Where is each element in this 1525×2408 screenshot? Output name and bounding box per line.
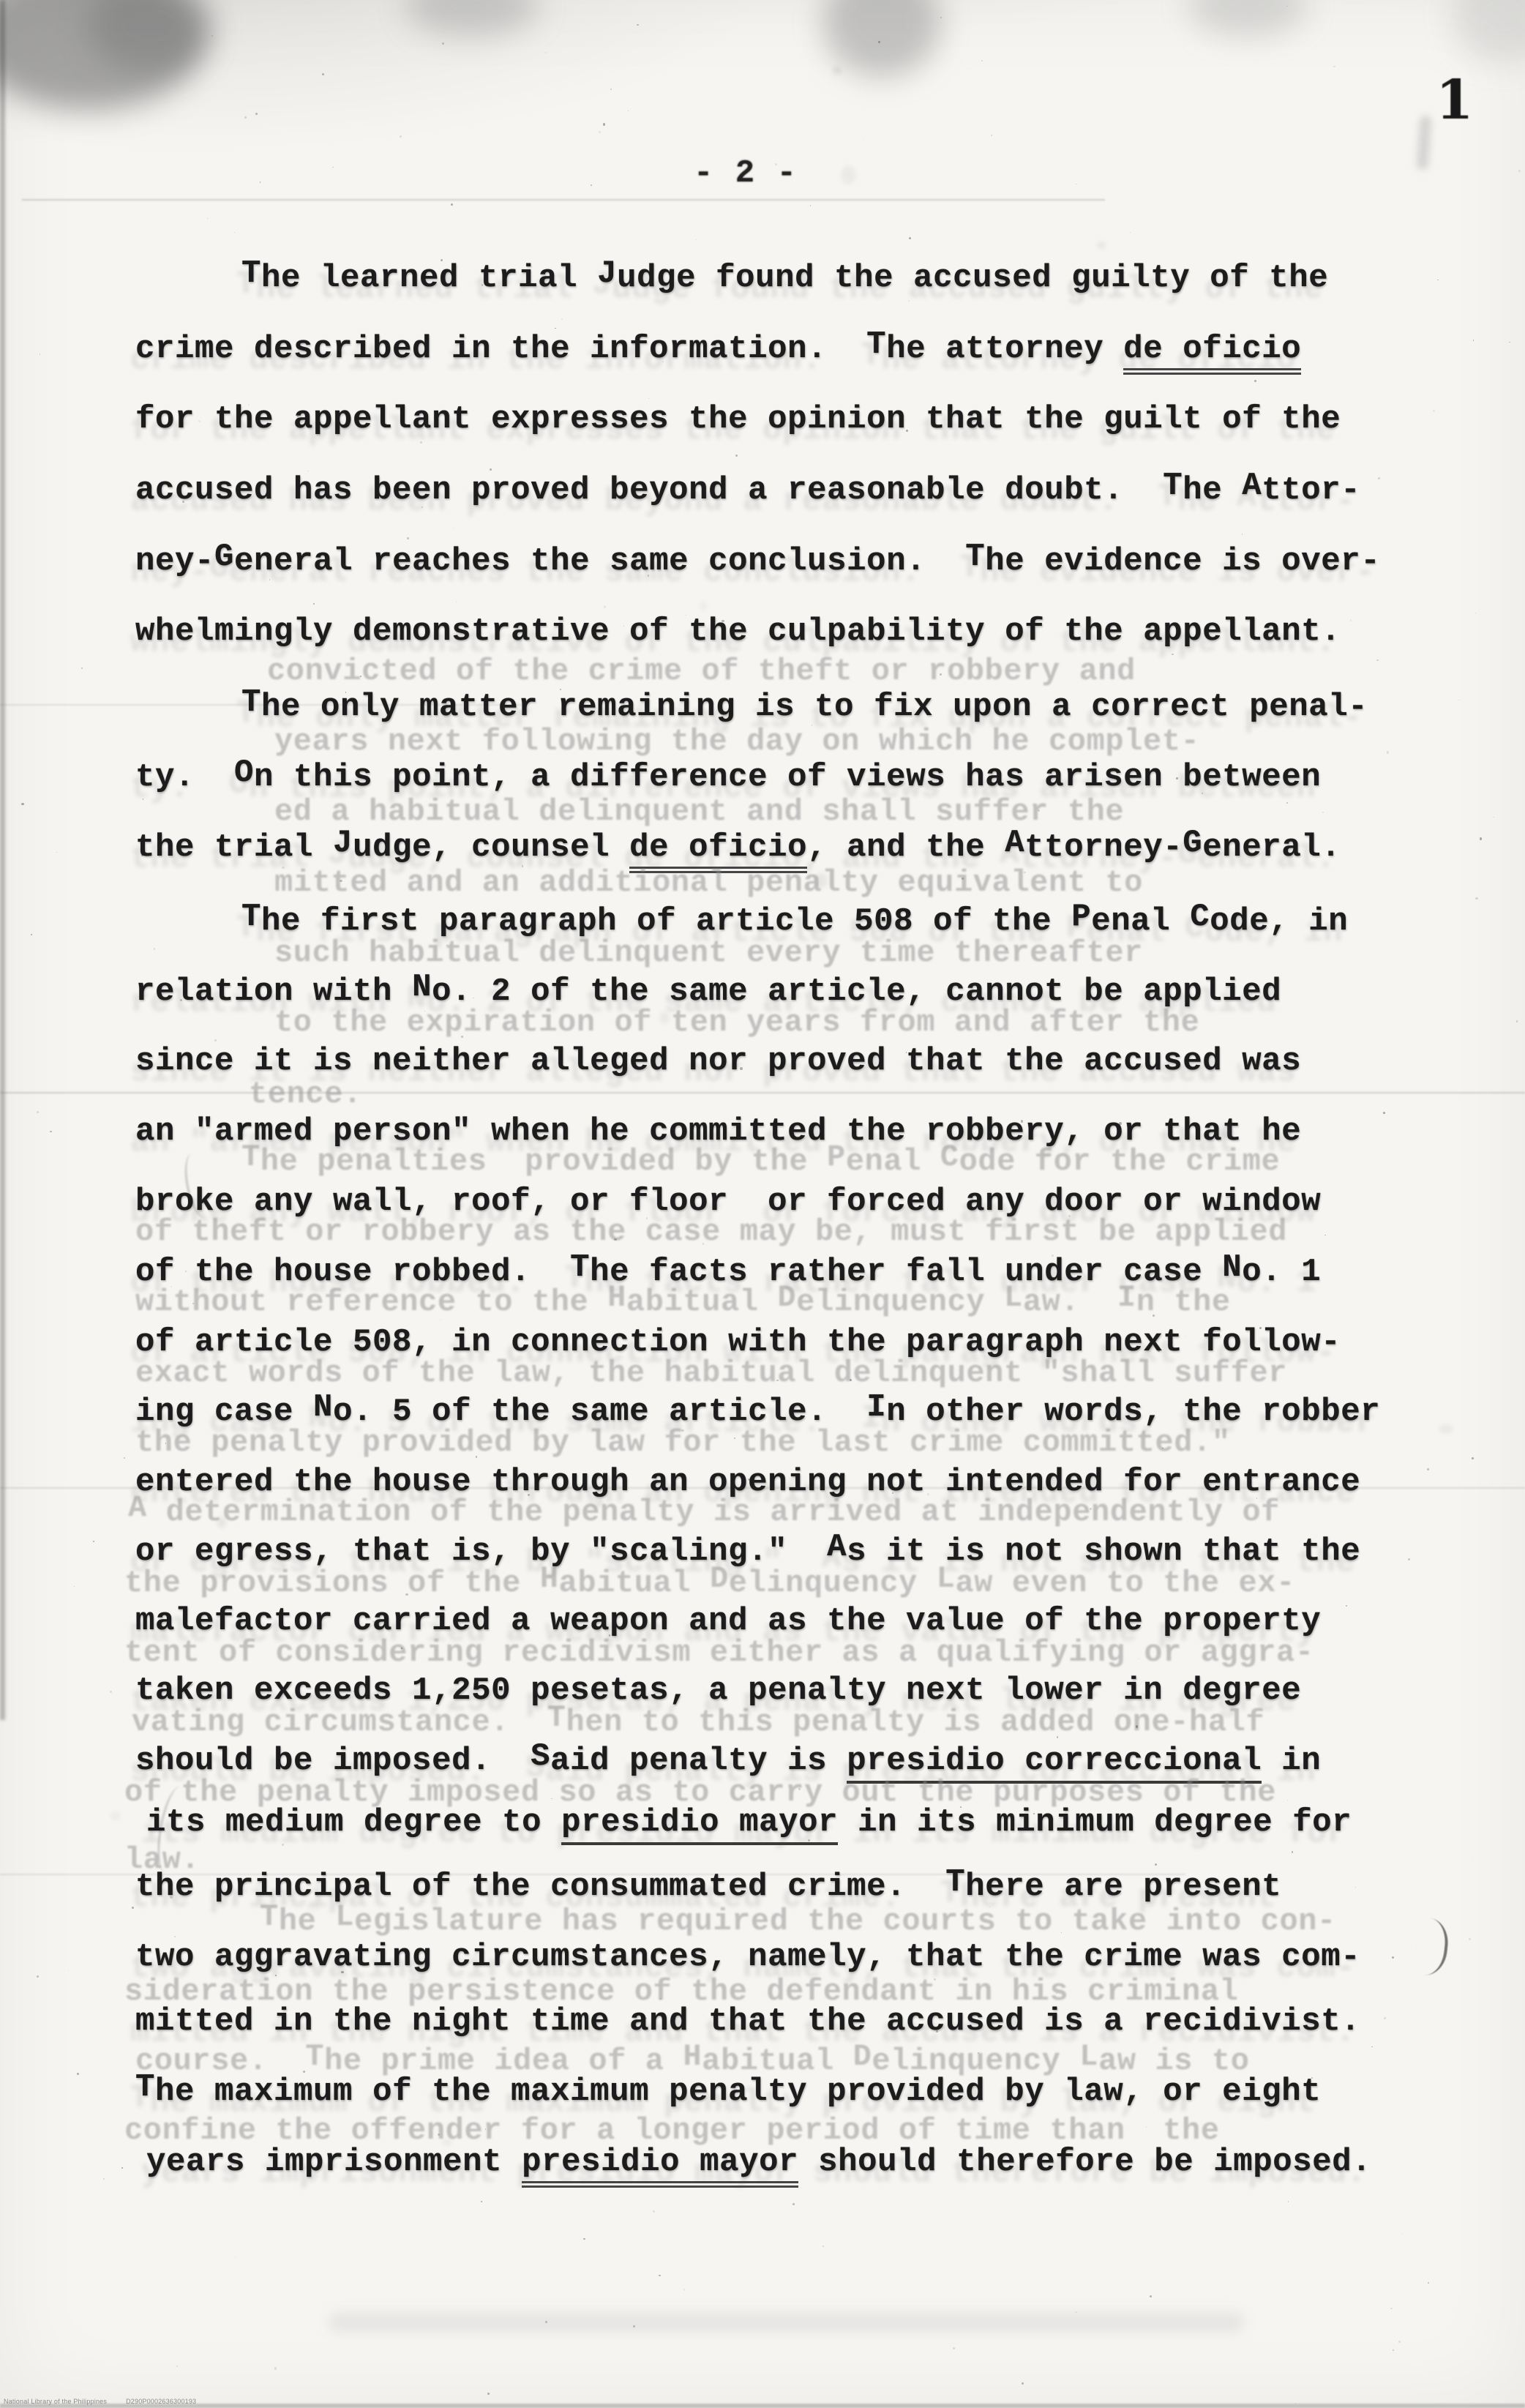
typewritten-line: the principal of the consummated crime. … bbox=[135, 1871, 1281, 1903]
paper-speck bbox=[1331, 425, 1333, 427]
bleedthrough-line: sideration the persistence of the defend… bbox=[124, 1976, 1238, 2007]
paper-speck bbox=[37, 1975, 39, 1978]
typewritten-line: two aggravating circumstances, namely, t… bbox=[135, 1941, 1360, 1973]
paper-blotch bbox=[1219, 1123, 1234, 1139]
paper-speck bbox=[1242, 534, 1243, 535]
paper-speck bbox=[1288, 2201, 1289, 2202]
paper-speck bbox=[1150, 2295, 1152, 2297]
scan-smudge bbox=[1189, 0, 1306, 37]
paper-speck bbox=[561, 318, 563, 320]
margin-mark bbox=[1424, 1918, 1450, 1977]
typewritten-line: the trial Judge, counsel de oficio, and … bbox=[135, 831, 1341, 864]
paper-speck bbox=[821, 2158, 823, 2160]
typewritten-line: The learned trial Judge found the accuse… bbox=[241, 262, 1328, 294]
paper-speck bbox=[603, 123, 606, 126]
paper-speck bbox=[648, 575, 649, 576]
paper-speck bbox=[453, 528, 454, 528]
paper-speck bbox=[599, 131, 601, 133]
paper-speck bbox=[1428, 2282, 1429, 2284]
paper-speck bbox=[1170, 1545, 1172, 1547]
paper-speck bbox=[555, 328, 555, 329]
paper-blotch bbox=[110, 1811, 121, 1821]
paper-speck bbox=[1217, 1831, 1218, 1833]
page-number: - 2 - bbox=[694, 157, 798, 190]
bleedthrough-line: A determination of the penalty is arrive… bbox=[128, 1497, 1280, 1528]
paper-speck bbox=[1371, 2046, 1372, 2047]
paper-speck bbox=[456, 570, 457, 572]
library-footer-code: D290P0002636300193 bbox=[126, 2398, 196, 2405]
paper-blotch bbox=[1097, 242, 1105, 249]
paper-speck bbox=[282, 1844, 284, 1846]
paper-speck bbox=[451, 203, 453, 206]
paper-speck bbox=[1469, 1938, 1471, 1940]
paper-speck bbox=[121, 2167, 123, 2169]
paper-speck bbox=[214, 1039, 217, 1042]
paper-speck bbox=[823, 2246, 824, 2247]
paper-speck bbox=[345, 692, 346, 692]
paper-speck bbox=[1472, 1457, 1474, 1459]
raised-capital: T bbox=[570, 1249, 590, 1286]
paper-speck bbox=[1287, 1800, 1288, 1801]
typewritten-line: ing case No. 5 of the same article. In o… bbox=[135, 1396, 1380, 1428]
paper-blotch bbox=[1439, 1424, 1454, 1434]
paper-speck bbox=[1398, 2341, 1401, 2343]
paper-speck bbox=[274, 2367, 277, 2369]
paper-speck bbox=[456, 602, 457, 602]
bleedthrough-line: exact words of the law, the habitual del… bbox=[135, 1358, 1287, 1388]
raised-capital: T bbox=[305, 2039, 324, 2074]
paper-speck bbox=[77, 2073, 79, 2075]
text-segment: in bbox=[1262, 1743, 1321, 1779]
typewritten-line: since it is neither alleged nor proved t… bbox=[135, 1045, 1301, 1077]
typewritten-line: of the house robbed. The facts rather fa… bbox=[135, 1256, 1321, 1288]
scan-edge-strip bbox=[0, 0, 5, 1720]
paper-speck bbox=[1162, 1448, 1163, 1448]
raised-capital: H bbox=[683, 2039, 702, 2074]
paper-speck bbox=[313, 603, 315, 605]
paper-speck bbox=[124, 1457, 124, 1458]
paper-speck bbox=[1408, 1558, 1410, 1560]
paper-speck bbox=[648, 398, 649, 399]
paper-speck bbox=[545, 2321, 547, 2323]
bleedthrough-line: of theft or robbery as the case may be, … bbox=[135, 1216, 1287, 1247]
library-footer: National Library of the PhilippinesD290P… bbox=[4, 2398, 215, 2405]
paper-speck bbox=[1518, 170, 1520, 171]
paper-speck bbox=[1243, 1623, 1244, 1625]
raised-capital: T bbox=[241, 684, 261, 721]
underlined-term: de oficio bbox=[1123, 331, 1301, 375]
paper-speck bbox=[1475, 897, 1477, 900]
scan-smudge bbox=[329, 2313, 1244, 2332]
paper-speck bbox=[1057, 1736, 1058, 1738]
paper-speck bbox=[170, 1896, 173, 1899]
paper-speck bbox=[1346, 1605, 1347, 1607]
paper-speck bbox=[1458, 700, 1459, 700]
library-footer-name: National Library of the Philippines bbox=[4, 2398, 107, 2405]
paper-speck bbox=[637, 24, 638, 26]
text-segment: whelmingly demonstrative of the culpabil… bbox=[135, 613, 1341, 650]
paper-speck bbox=[1286, 6, 1287, 7]
raised-capital: A bbox=[1242, 468, 1262, 504]
raised-capital: A bbox=[128, 1490, 147, 1525]
paper-speck bbox=[1022, 2382, 1024, 2385]
paper-speck bbox=[234, 232, 236, 233]
paper-speck bbox=[1176, 777, 1177, 779]
raised-capital: I bbox=[1117, 1280, 1136, 1315]
paper-blotch bbox=[700, 602, 707, 610]
typewritten-line: years imprisonment presidio mayor should… bbox=[146, 2146, 1371, 2178]
text-segment: The first paragraph of article 508 of th… bbox=[241, 899, 1348, 940]
paper-speck bbox=[1130, 232, 1131, 233]
bleedthrough-line: vating circumstance. Then to this penalt… bbox=[132, 1707, 1264, 1738]
typewritten-line: malefactor carried a weapon and as the v… bbox=[135, 1605, 1321, 1637]
paper-speck bbox=[953, 2347, 955, 2349]
paper-speck bbox=[143, 799, 144, 800]
scan-smudge bbox=[823, 0, 940, 77]
paper-speck bbox=[192, 1303, 194, 1304]
typewritten-line: The maximum of the maximum penalty provi… bbox=[135, 2076, 1321, 2108]
paper-speck bbox=[978, 2052, 978, 2053]
text-segment: taken exceeds 1,250 pesetas, a penalty n… bbox=[135, 1672, 1301, 1709]
paper-speck bbox=[1155, 1863, 1157, 1866]
paper-speck bbox=[927, 1493, 929, 1495]
typewritten-line: broke any wall, roof, or floor or forced… bbox=[135, 1186, 1321, 1218]
paper-speck bbox=[282, 867, 285, 870]
typewritten-line: taken exceeds 1,250 pesetas, a penalty n… bbox=[135, 1675, 1301, 1707]
paper-speck bbox=[633, 2325, 635, 2327]
paper-speck bbox=[1472, 1856, 1473, 1857]
raised-capital: N bbox=[313, 1389, 333, 1426]
raised-capital: T bbox=[1163, 468, 1183, 504]
typewritten-line: crime described in the information. The … bbox=[135, 333, 1301, 365]
typewritten-line: The first paragraph of article 508 of th… bbox=[241, 905, 1348, 938]
paper-speck bbox=[1480, 837, 1482, 840]
paper-speck bbox=[878, 41, 880, 43]
paper-speck bbox=[908, 300, 910, 302]
paper-speck bbox=[154, 948, 155, 949]
paper-speck bbox=[207, 218, 208, 219]
raised-capital: T bbox=[241, 899, 261, 935]
paper-speck bbox=[810, 205, 811, 206]
paper-speck bbox=[722, 620, 724, 622]
paper-speck bbox=[275, 1975, 276, 1975]
paper-speck bbox=[740, 1067, 743, 1070]
underlined-term: presidio mayor bbox=[561, 1804, 838, 1845]
paper-speck bbox=[1378, 477, 1380, 479]
paper-speck bbox=[487, 2393, 490, 2395]
paper-speck bbox=[1172, 654, 1173, 655]
raised-capital: T bbox=[241, 1140, 261, 1175]
paper-speck bbox=[522, 865, 524, 867]
bleedthrough-line: The penalties provided by the Penal Code… bbox=[241, 1146, 1280, 1177]
text-segment: the trial Judge, counsel bbox=[135, 825, 629, 866]
scan-smudge bbox=[406, 0, 538, 37]
paper-speck bbox=[1433, 410, 1435, 412]
paper-speck bbox=[1033, 1813, 1034, 1814]
paper-speck bbox=[1427, 1468, 1429, 1470]
paper-speck bbox=[981, 60, 983, 61]
paper-speck bbox=[244, 116, 247, 119]
text-segment: the principal of the consummated crime. … bbox=[135, 1864, 1281, 1905]
paper-speck bbox=[405, 1593, 408, 1596]
paper-speck bbox=[442, 42, 444, 45]
bleedthrough-line: of the penalty imposed so as to carry ou… bbox=[124, 1777, 1276, 1808]
typewritten-line: of article 508, in connection with the p… bbox=[135, 1326, 1341, 1358]
text-segment: The learned trial Judge found the accuse… bbox=[241, 255, 1328, 296]
paper-speck bbox=[1350, 619, 1352, 621]
paper-speck bbox=[1256, 1497, 1257, 1498]
paper-speck bbox=[659, 2275, 661, 2277]
raised-capital: D bbox=[777, 1280, 796, 1315]
raised-capital: L bbox=[937, 1561, 956, 1596]
raised-capital: C bbox=[1190, 899, 1210, 935]
paper-speck bbox=[1302, 1957, 1304, 1959]
paper-speck bbox=[1393, 2349, 1395, 2352]
paper-speck bbox=[481, 2201, 482, 2202]
bleedthrough-line: tent of considering recidivism either as… bbox=[124, 1637, 1314, 1668]
raised-capital: J bbox=[333, 825, 353, 861]
paper-speck bbox=[1075, 2311, 1077, 2314]
paper-speck bbox=[50, 1639, 51, 1640]
paper-speck bbox=[1384, 2017, 1386, 2019]
paper-speck bbox=[1475, 613, 1477, 614]
paper-speck bbox=[1390, 2308, 1393, 2310]
paper-speck bbox=[1473, 340, 1475, 341]
bleedthrough-line: such habitual delinquent every time ther… bbox=[274, 938, 1143, 968]
paper-speck bbox=[936, 2030, 938, 2033]
raised-capital: H bbox=[540, 1561, 559, 1596]
typewritten-line: for the appellant expresses the opinion … bbox=[135, 403, 1341, 435]
paper-speck bbox=[1254, 380, 1256, 382]
typewritten-line: accused has been proved beyond a reasona… bbox=[135, 474, 1360, 506]
text-segment: ing case No. 5 of the same article. In o… bbox=[135, 1389, 1380, 1430]
paper-speck bbox=[610, 89, 612, 90]
paper-speck bbox=[37, 1111, 38, 1113]
paper-speck bbox=[421, 506, 423, 508]
raised-capital: J bbox=[597, 255, 617, 292]
paper-speck bbox=[948, 422, 950, 424]
paper-speck bbox=[614, 1238, 616, 1241]
raised-capital: G bbox=[214, 539, 234, 575]
paper-speck bbox=[110, 1691, 112, 1693]
paper-speck bbox=[176, 2366, 178, 2367]
paper-speck bbox=[776, 1380, 778, 1381]
paper-speck bbox=[991, 135, 992, 136]
scan-smudge bbox=[1453, 0, 1525, 62]
paper-speck bbox=[440, 1320, 441, 1321]
paper-speck bbox=[909, 237, 911, 239]
paper-speck bbox=[1333, 66, 1335, 67]
raised-capital: T bbox=[241, 255, 261, 292]
typewritten-line: an "armed person" when he committed the … bbox=[135, 1115, 1301, 1148]
text-segment: The only matter remaining is to fix upon… bbox=[241, 684, 1368, 725]
paper-speck bbox=[407, 537, 408, 539]
text-segment: , and the Attorney-General. bbox=[807, 825, 1341, 866]
paper-speck bbox=[734, 1437, 735, 1439]
paper-speck bbox=[863, 140, 864, 141]
paper-speck bbox=[174, 1936, 176, 1937]
raised-capital: D bbox=[710, 1561, 729, 1596]
scanned-document-page: 1 - 2 - The learned trial Judge found th… bbox=[0, 0, 1525, 2408]
paper-speck bbox=[461, 1036, 463, 1038]
paper-speck bbox=[332, 167, 333, 168]
paper-blotch bbox=[841, 165, 856, 184]
text-segment: two aggravating circumstances, namely, t… bbox=[135, 1939, 1360, 1975]
paper-speck bbox=[1015, 985, 1017, 987]
paper-speck bbox=[856, 485, 858, 487]
paper-speck bbox=[260, 182, 261, 182]
text-segment: should therefore be imposed. bbox=[798, 2144, 1371, 2180]
paper-speck bbox=[180, 999, 182, 1001]
paper-speck bbox=[482, 284, 483, 285]
paper-speck bbox=[1387, 751, 1389, 753]
paper-speck bbox=[81, 668, 83, 669]
raised-capital: N bbox=[412, 969, 432, 1006]
raised-capital: O bbox=[234, 755, 254, 791]
typewritten-line: or egress, that is, by "scaling." As it … bbox=[135, 1536, 1360, 1568]
text-segment: for the appellant expresses the opinion … bbox=[135, 401, 1341, 438]
typewritten-line: whelmingly demonstrative of the culpabil… bbox=[135, 616, 1341, 648]
paper-speck bbox=[93, 1541, 95, 1543]
paper-speck bbox=[341, 1971, 343, 1973]
typewritten-line: mitted in the night time and that the ac… bbox=[135, 2005, 1360, 2038]
raised-capital: A bbox=[827, 1529, 847, 1566]
paper-speck bbox=[1076, 184, 1076, 184]
raised-capital: S bbox=[531, 1738, 550, 1775]
underlined-term: presidio mayor bbox=[522, 2144, 798, 2188]
text-segment: ney-General reaches the same conclusion.… bbox=[135, 539, 1380, 580]
scan-band-line bbox=[0, 1092, 1525, 1093]
paper-speck bbox=[683, 2289, 685, 2290]
raised-capital: T bbox=[260, 1899, 279, 1934]
paper-speck bbox=[735, 455, 738, 457]
paper-blotch bbox=[312, 1692, 323, 1705]
bleedthrough-line: without reference to the Habitual Delinq… bbox=[135, 1287, 1231, 1317]
paper-speck bbox=[340, 880, 342, 882]
paper-speck bbox=[1392, 1956, 1394, 1959]
typewritten-line: its medium degree to presidio mayor in i… bbox=[146, 1806, 1352, 1839]
scan-edge-strip bbox=[0, 2404, 1525, 2408]
paper-speck bbox=[1355, 1887, 1356, 1888]
text-segment: malefactor carried a weapon and as the v… bbox=[135, 1603, 1321, 1639]
paper-speck bbox=[1286, 802, 1288, 804]
bleedthrough-line: tence. bbox=[249, 1079, 362, 1110]
paper-speck bbox=[824, 697, 825, 698]
paper-blotch bbox=[217, 1517, 226, 1528]
paper-speck bbox=[400, 135, 402, 138]
bleedthrough-line: years next following the day on which he… bbox=[274, 726, 1199, 757]
paper-speck bbox=[141, 853, 144, 856]
raised-capital: T bbox=[965, 539, 985, 575]
text-segment: ty. On this point, a difference of views… bbox=[135, 755, 1321, 796]
paper-speck bbox=[1509, 342, 1510, 343]
raised-capital: N bbox=[1222, 1249, 1242, 1286]
paper-speck bbox=[185, 1271, 186, 1271]
paper-speck bbox=[56, 852, 57, 853]
raised-capital: D bbox=[853, 2039, 872, 2074]
paper-speck bbox=[545, 52, 547, 53]
paper-speck bbox=[1376, 659, 1378, 661]
paper-speck bbox=[528, 1494, 530, 1496]
bleedthrough-line: law. bbox=[124, 1844, 200, 1875]
paper-speck bbox=[1061, 1932, 1062, 1933]
bleedthrough-line: confine the offender for a longer period… bbox=[124, 2115, 1220, 2146]
paper-speck bbox=[31, 934, 32, 935]
paper-speck bbox=[1322, 812, 1324, 814]
paper-speck bbox=[1383, 1112, 1385, 1114]
paper-speck bbox=[583, 2238, 585, 2240]
paper-speck bbox=[937, 1765, 938, 1767]
paper-speck bbox=[793, 2203, 795, 2205]
paper-speck bbox=[623, 626, 624, 627]
bleedthrough-line: the provisions of the Habitual Delinquen… bbox=[124, 1568, 1295, 1599]
text-segment: accused has been proved beyond a reasona… bbox=[135, 468, 1360, 509]
raised-capital: G bbox=[1183, 825, 1202, 861]
paper-speck bbox=[1153, 1315, 1155, 1317]
paper-speck bbox=[490, 468, 492, 471]
folio-number: 1 bbox=[1436, 73, 1474, 127]
typewritten-line: The only matter remaining is to fix upon… bbox=[241, 691, 1368, 723]
paper-speck bbox=[40, 354, 40, 354]
bleedthrough-line: the penalty provided by law for the last… bbox=[135, 1427, 1231, 1458]
paper-speck bbox=[67, 1970, 69, 1972]
bleedthrough-line: mitted and an additional penalty equival… bbox=[274, 867, 1143, 898]
typewritten-line: relation with No. 2 of the same article,… bbox=[135, 976, 1281, 1008]
paper-speck bbox=[940, 17, 942, 18]
bleedthrough-line: ed a habitual delinquent and shall suffe… bbox=[274, 796, 1124, 827]
typewritten-line: ty. On this point, a difference of views… bbox=[135, 761, 1321, 793]
text-segment: crime described in the information. The … bbox=[135, 326, 1123, 367]
typewritten-line: should be imposed. Said penalty is presi… bbox=[135, 1745, 1321, 1777]
text-segment: or egress, that is, by "scaling." As it … bbox=[135, 1529, 1360, 1570]
paper-speck bbox=[604, 605, 606, 607]
paper-speck bbox=[50, 1131, 51, 1132]
bleedthrough-line: to the expiration of ten years from and … bbox=[274, 1007, 1199, 1038]
raised-capital: T bbox=[945, 1864, 965, 1901]
paper-speck bbox=[1437, 280, 1438, 280]
raised-capital: L bbox=[1079, 2039, 1098, 2074]
raised-capital: T bbox=[547, 1700, 566, 1735]
raised-capital: I bbox=[866, 1389, 886, 1426]
raised-capital: L bbox=[335, 1899, 354, 1934]
text-segment: since it is neither alleged nor proved t… bbox=[135, 1043, 1301, 1080]
bleedthrough-line: convicted of the crime of theft or robbe… bbox=[267, 656, 1136, 687]
paper-speck bbox=[1516, 1020, 1518, 1022]
raised-capital: H bbox=[607, 1280, 626, 1315]
paper-speck bbox=[1005, 948, 1008, 950]
paper-speck bbox=[132, 1907, 134, 1909]
raised-capital: L bbox=[1004, 1280, 1023, 1315]
paper-speck bbox=[235, 2256, 236, 2257]
paper-speck bbox=[533, 2172, 535, 2173]
paper-speck bbox=[420, 441, 422, 444]
paper-speck bbox=[162, 1558, 164, 1560]
raised-capital: P bbox=[827, 1140, 846, 1175]
text-segment: relation with No. 2 of the same article,… bbox=[135, 969, 1281, 1010]
paper-speck bbox=[1324, 1235, 1326, 1236]
typewritten-line: ney-General reaches the same conclusion.… bbox=[135, 545, 1380, 577]
paper-speck bbox=[198, 420, 201, 422]
paper-speck bbox=[211, 35, 213, 37]
paper-blotch bbox=[307, 1902, 320, 1911]
raised-capital: A bbox=[1005, 825, 1024, 861]
paper-speck bbox=[21, 803, 23, 805]
paper-speck bbox=[967, 68, 968, 69]
paper-speck bbox=[1416, 1948, 1417, 1948]
paper-speck bbox=[1402, 2233, 1403, 2234]
paper-speck bbox=[658, 1261, 660, 1263]
paper-speck bbox=[775, 163, 777, 165]
